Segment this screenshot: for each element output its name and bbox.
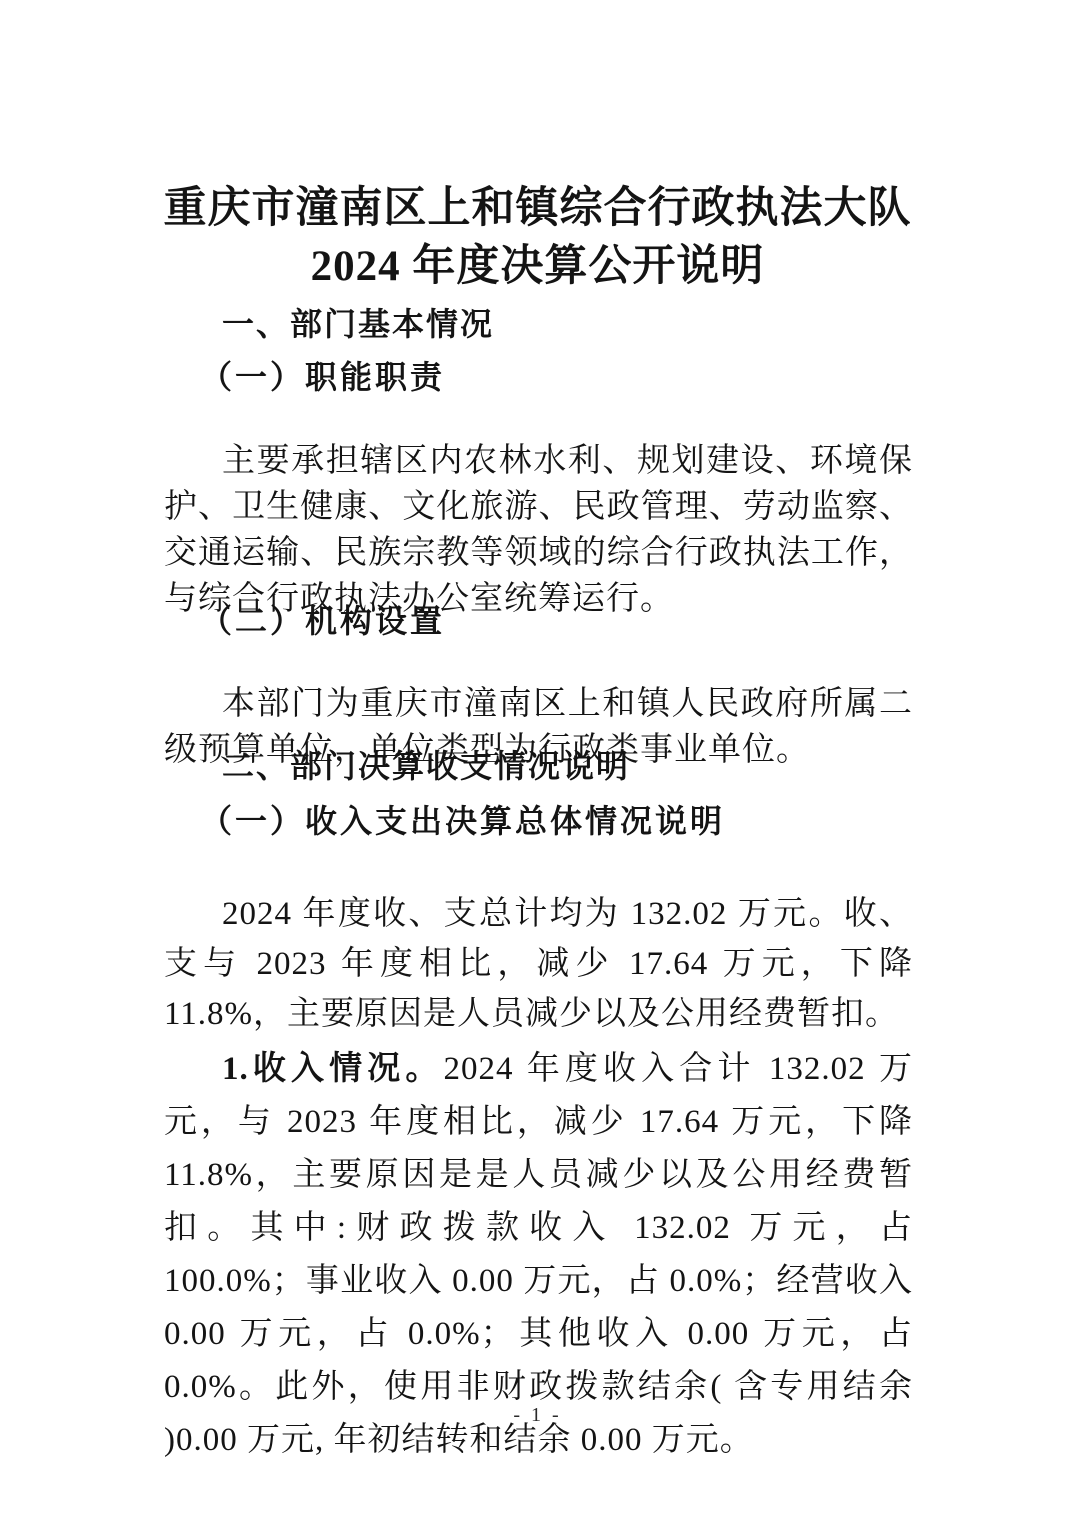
income-label: 1.收入情况。 <box>222 1051 443 1087</box>
section-heading-budget: 二、部门决算收支情况说明 <box>164 746 913 786</box>
document-title-line1: 重庆市潼南区上和镇综合行政执法大队 <box>0 180 1075 238</box>
subsection-heading-organization: （二）机构设置 <box>164 601 913 641</box>
subsection-heading-duties: （一）职能职责 <box>164 357 913 397</box>
paragraph-overview: 2024 年度收、支总计均为 132.02 万元。收、支与 2023 年度相比，… <box>164 889 913 1039</box>
document-title: 重庆市潼南区上和镇综合行政执法大队 2024 年度决算公开说明 <box>0 180 1075 296</box>
income-body: 2024 年度收入合计 132.02 万元，与 2023 年度相比，减少 17.… <box>164 1051 913 1458</box>
page-number: - 1 - <box>0 1404 1075 1427</box>
section-heading-basic-info: 一、部门基本情况 <box>164 304 913 344</box>
paragraph-duties: 主要承担辖区内农林水利、规划建设、环境保护、卫生健康、文化旅游、民政管理、劳动监… <box>164 438 913 622</box>
subsection-heading-overview: （一）收入支出决算总体情况说明 <box>164 801 913 841</box>
document-page: 重庆市潼南区上和镇综合行政执法大队 2024 年度决算公开说明 一、部门基本情况… <box>0 0 1075 1520</box>
document-title-line2: 2024 年度决算公开说明 <box>0 238 1075 296</box>
